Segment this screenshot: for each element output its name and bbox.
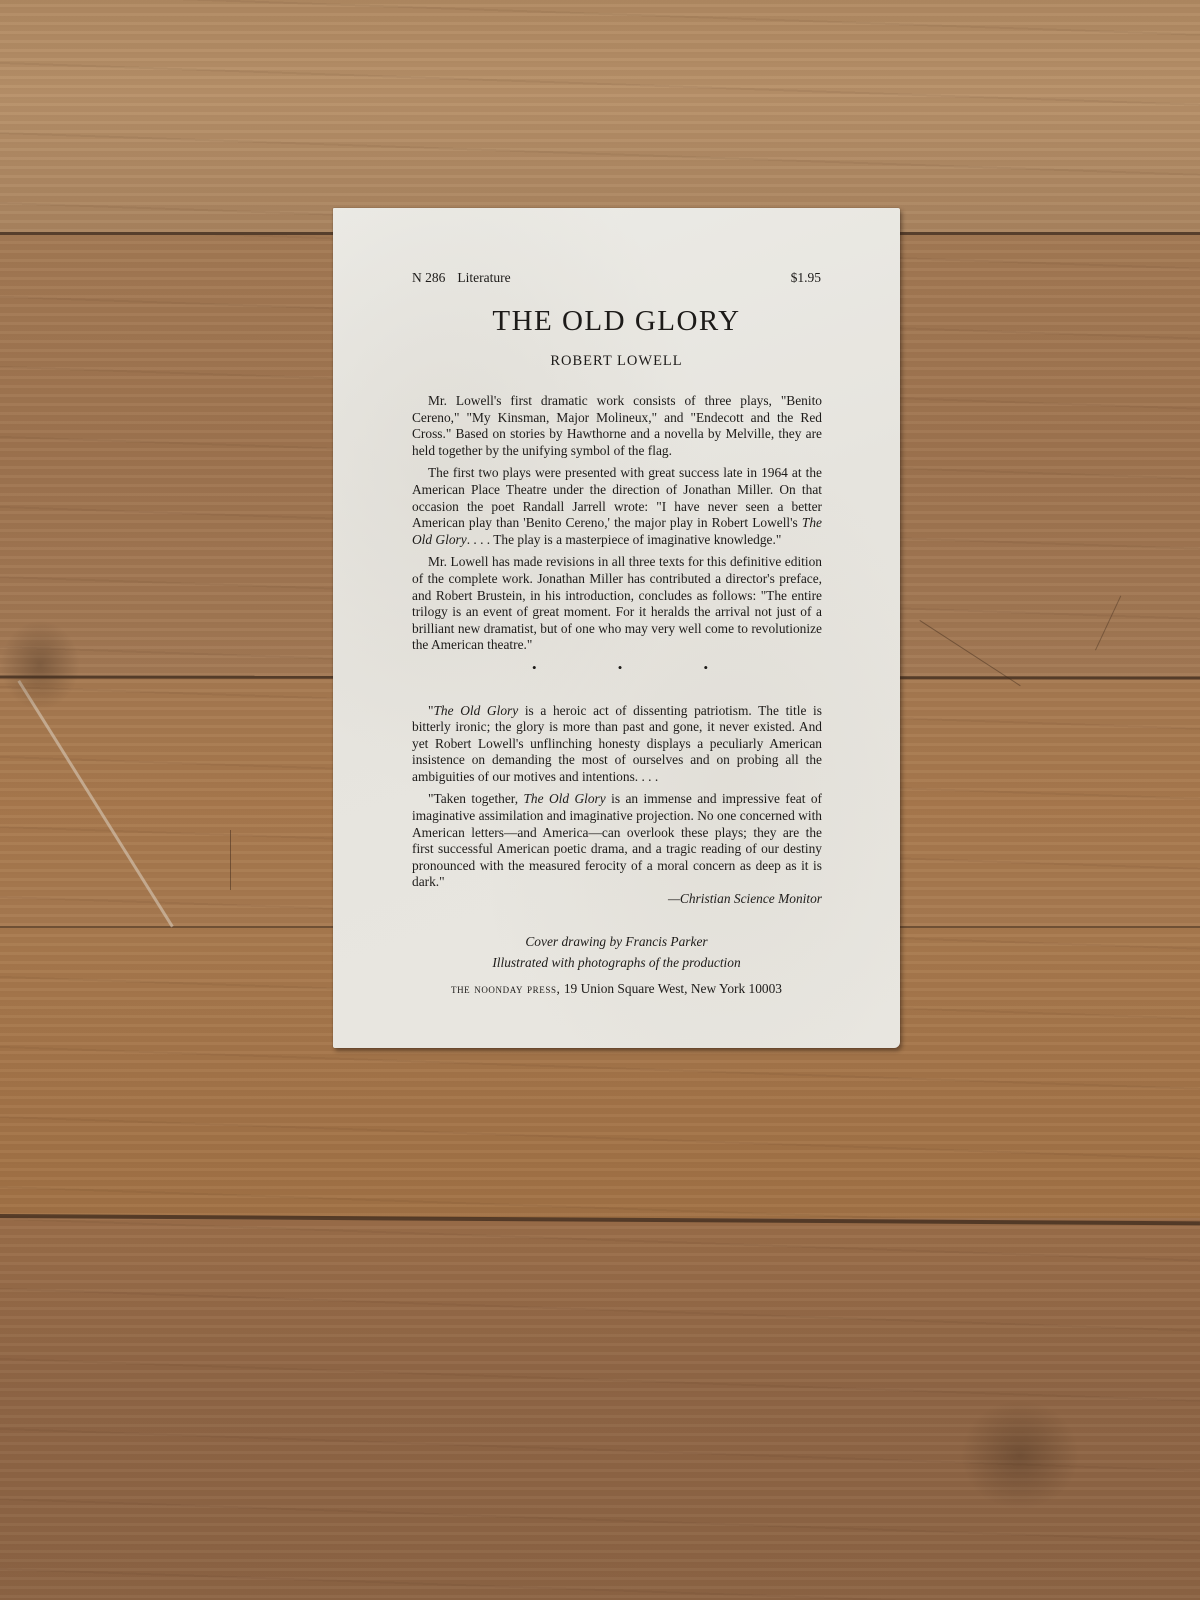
credits: Cover drawing by Francis Parker Illustra… [333, 931, 900, 973]
publisher-name: the noonday press, [451, 981, 561, 996]
cover-header: N 286Literature $1.95 [412, 270, 821, 290]
book-title: THE OLD GLORY [333, 305, 900, 338]
series-code: N 286 [412, 270, 445, 285]
review-attribution: —Christian Science Monitor [412, 891, 822, 908]
cover-credit: Cover drawing by Francis Parker [333, 931, 900, 952]
blurb-paragraph: The first two plays were presented with … [412, 465, 822, 548]
price: $1.95 [791, 270, 821, 286]
section-separator: ••• [526, 660, 708, 677]
wood-knot [0, 620, 80, 710]
wood-plank [0, 0, 1200, 234]
category: Literature [457, 270, 510, 285]
blurb-paragraph: Mr. Lowell's first dramatic work consist… [412, 393, 822, 459]
blurb: Mr. Lowell's first dramatic work consist… [412, 393, 822, 908]
illustration-credit: Illustrated with photographs of the prod… [333, 952, 900, 973]
series-info: N 286Literature [412, 270, 511, 286]
review-quote: "Taken together, The Old Glory is an imm… [412, 791, 822, 891]
wood-knot [960, 1400, 1080, 1510]
blurb-paragraph: Mr. Lowell has made revisions in all thr… [412, 554, 822, 654]
wood-scratch [230, 830, 231, 890]
book-author: ROBERT LOWELL [333, 353, 900, 370]
publisher-address: 19 Union Square West, New York 10003 [561, 981, 782, 996]
book-back-cover: N 286Literature $1.95 THE OLD GLORY ROBE… [333, 208, 900, 1048]
review-quote: "The Old Glory is a heroic act of dissen… [412, 703, 822, 786]
publisher-line: the noonday press, 19 Union Square West,… [333, 981, 900, 997]
